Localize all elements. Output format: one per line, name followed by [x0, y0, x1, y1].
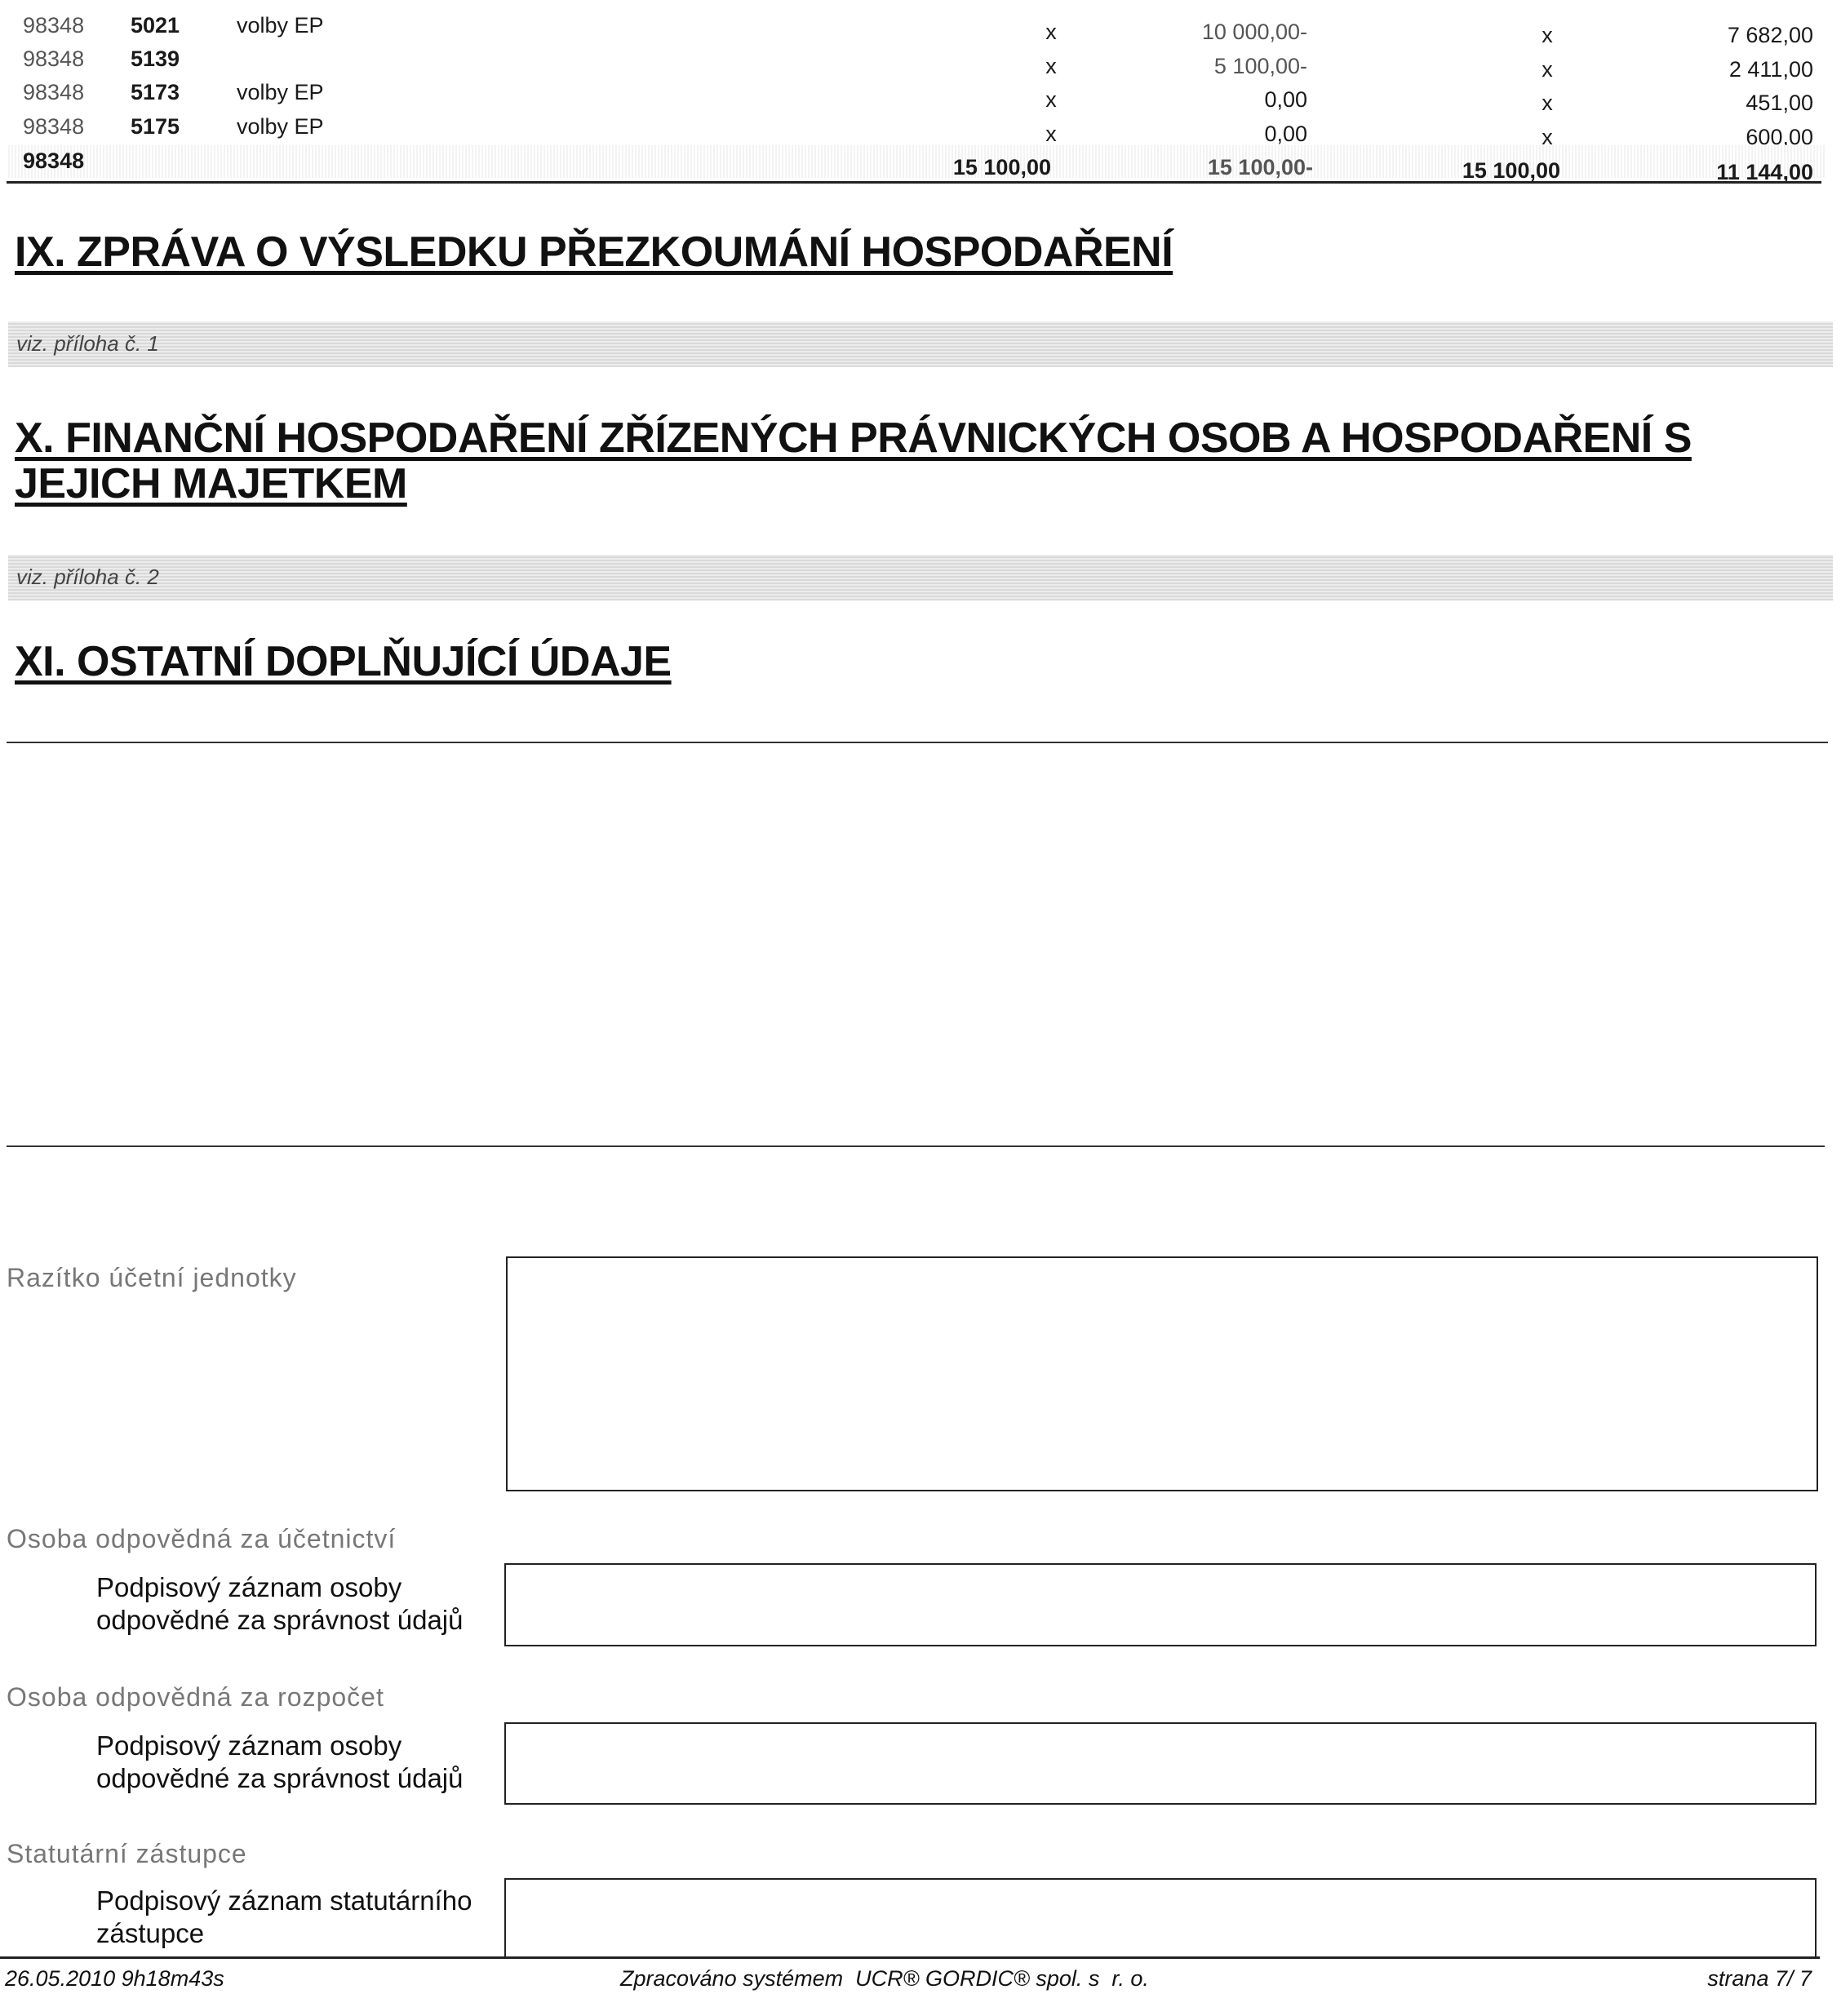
row-item: 5021 — [131, 11, 180, 39]
section-xi-bottom-rule — [7, 1145, 1825, 1147]
budget-sign-caption-1: Podpisový záznam osoby — [96, 1730, 401, 1762]
section-x-note: viz. příloha č. 2 — [16, 565, 159, 590]
budget-sign-caption-2: odpovědné za správnost údajů — [96, 1762, 464, 1795]
row-item: 5139 — [131, 45, 180, 73]
total-col3: 15 100,00 — [1387, 157, 1560, 184]
section-x-band: viz. příloha č. 2 — [8, 555, 1833, 600]
row-col2: 0,00 — [1142, 120, 1307, 148]
footer-timestamp: 26.05.2010 9h18m43s — [5, 1966, 224, 1992]
row-col3: x — [1531, 55, 1564, 83]
row-col1: x — [1035, 120, 1067, 148]
section-ix-note: viz. příloha č. 1 — [16, 331, 159, 357]
row-note: volby EP — [237, 113, 324, 140]
budget-person-label: Osoba odpovědná za rozpočet — [7, 1682, 384, 1712]
footer-rule — [0, 1956, 1820, 1959]
section-xi-top-rule — [7, 742, 1828, 743]
total-col1: 15 100,00 — [881, 153, 1051, 181]
section-x-title-line2: JEJICH MAJETKEM — [15, 460, 407, 507]
section-ix-title: IX. ZPRÁVA O VÝSLEDKU PŘEZKOUMÁNÍ HOSPOD… — [15, 228, 1173, 276]
budget-signature-box[interactable] — [504, 1722, 1817, 1805]
row-col3: x — [1531, 89, 1564, 117]
row-item: 5173 — [131, 78, 180, 106]
row-col1: x — [1035, 86, 1067, 113]
row-item: 5175 — [131, 113, 180, 140]
section-xi-title: XI. OSTATNÍ DOPLŇUJÍCÍ ÚDAJE — [15, 638, 672, 685]
footer-system: Zpracováno systémem UCR® GORDIC® spol. s… — [620, 1966, 1149, 1992]
row-col2: 10 000,00- — [1142, 18, 1307, 46]
section-x-title-line1: X. FINANČNÍ HOSPODAŘENÍ ZŘÍZENÝCH PRÁVNI… — [15, 414, 1692, 462]
accounting-signature-box[interactable] — [504, 1563, 1817, 1646]
statutory-label: Statutární zástupce — [7, 1839, 247, 1869]
row-code: 98348 — [23, 78, 84, 106]
section-ix-band: viz. příloha č. 1 — [8, 321, 1833, 367]
row-col2: 5 100,00- — [1142, 52, 1307, 80]
accounting-sign-caption-2: odpovědné za správnost údajů — [96, 1604, 464, 1637]
statutory-signature-box[interactable] — [504, 1878, 1817, 1958]
stamp-label: Razítko účetní jednotky — [7, 1263, 297, 1293]
row-col1: x — [1035, 18, 1067, 46]
table-bottom-rule — [7, 181, 1821, 184]
row-col2: 0,00 — [1142, 86, 1307, 113]
row-col4: 7 682,00 — [1632, 21, 1813, 49]
row-code: 98348 — [23, 113, 84, 140]
row-col1: x — [1035, 52, 1067, 80]
row-code: 98348 — [23, 45, 84, 73]
footer-page-number: strana 7/ 7 — [1707, 1966, 1812, 1992]
statutory-sign-caption-2: zástupce — [96, 1917, 204, 1950]
accounting-person-label: Osoba odpovědná za účetnictví — [7, 1524, 396, 1554]
total-col2: 15 100,00- — [1142, 153, 1313, 181]
statutory-sign-caption-1: Podpisový záznam statutárního — [96, 1885, 472, 1917]
row-code: 98348 — [23, 11, 84, 39]
row-note: volby EP — [237, 11, 324, 39]
row-col4: 451,00 — [1632, 89, 1813, 117]
accounting-sign-caption-1: Podpisový záznam osoby — [96, 1571, 401, 1604]
row-col4: 2 411,00 — [1632, 55, 1813, 83]
stamp-box[interactable] — [506, 1256, 1818, 1491]
total-code: 98348 — [23, 147, 84, 175]
row-col3: x — [1531, 21, 1564, 49]
row-note: volby EP — [237, 78, 324, 106]
